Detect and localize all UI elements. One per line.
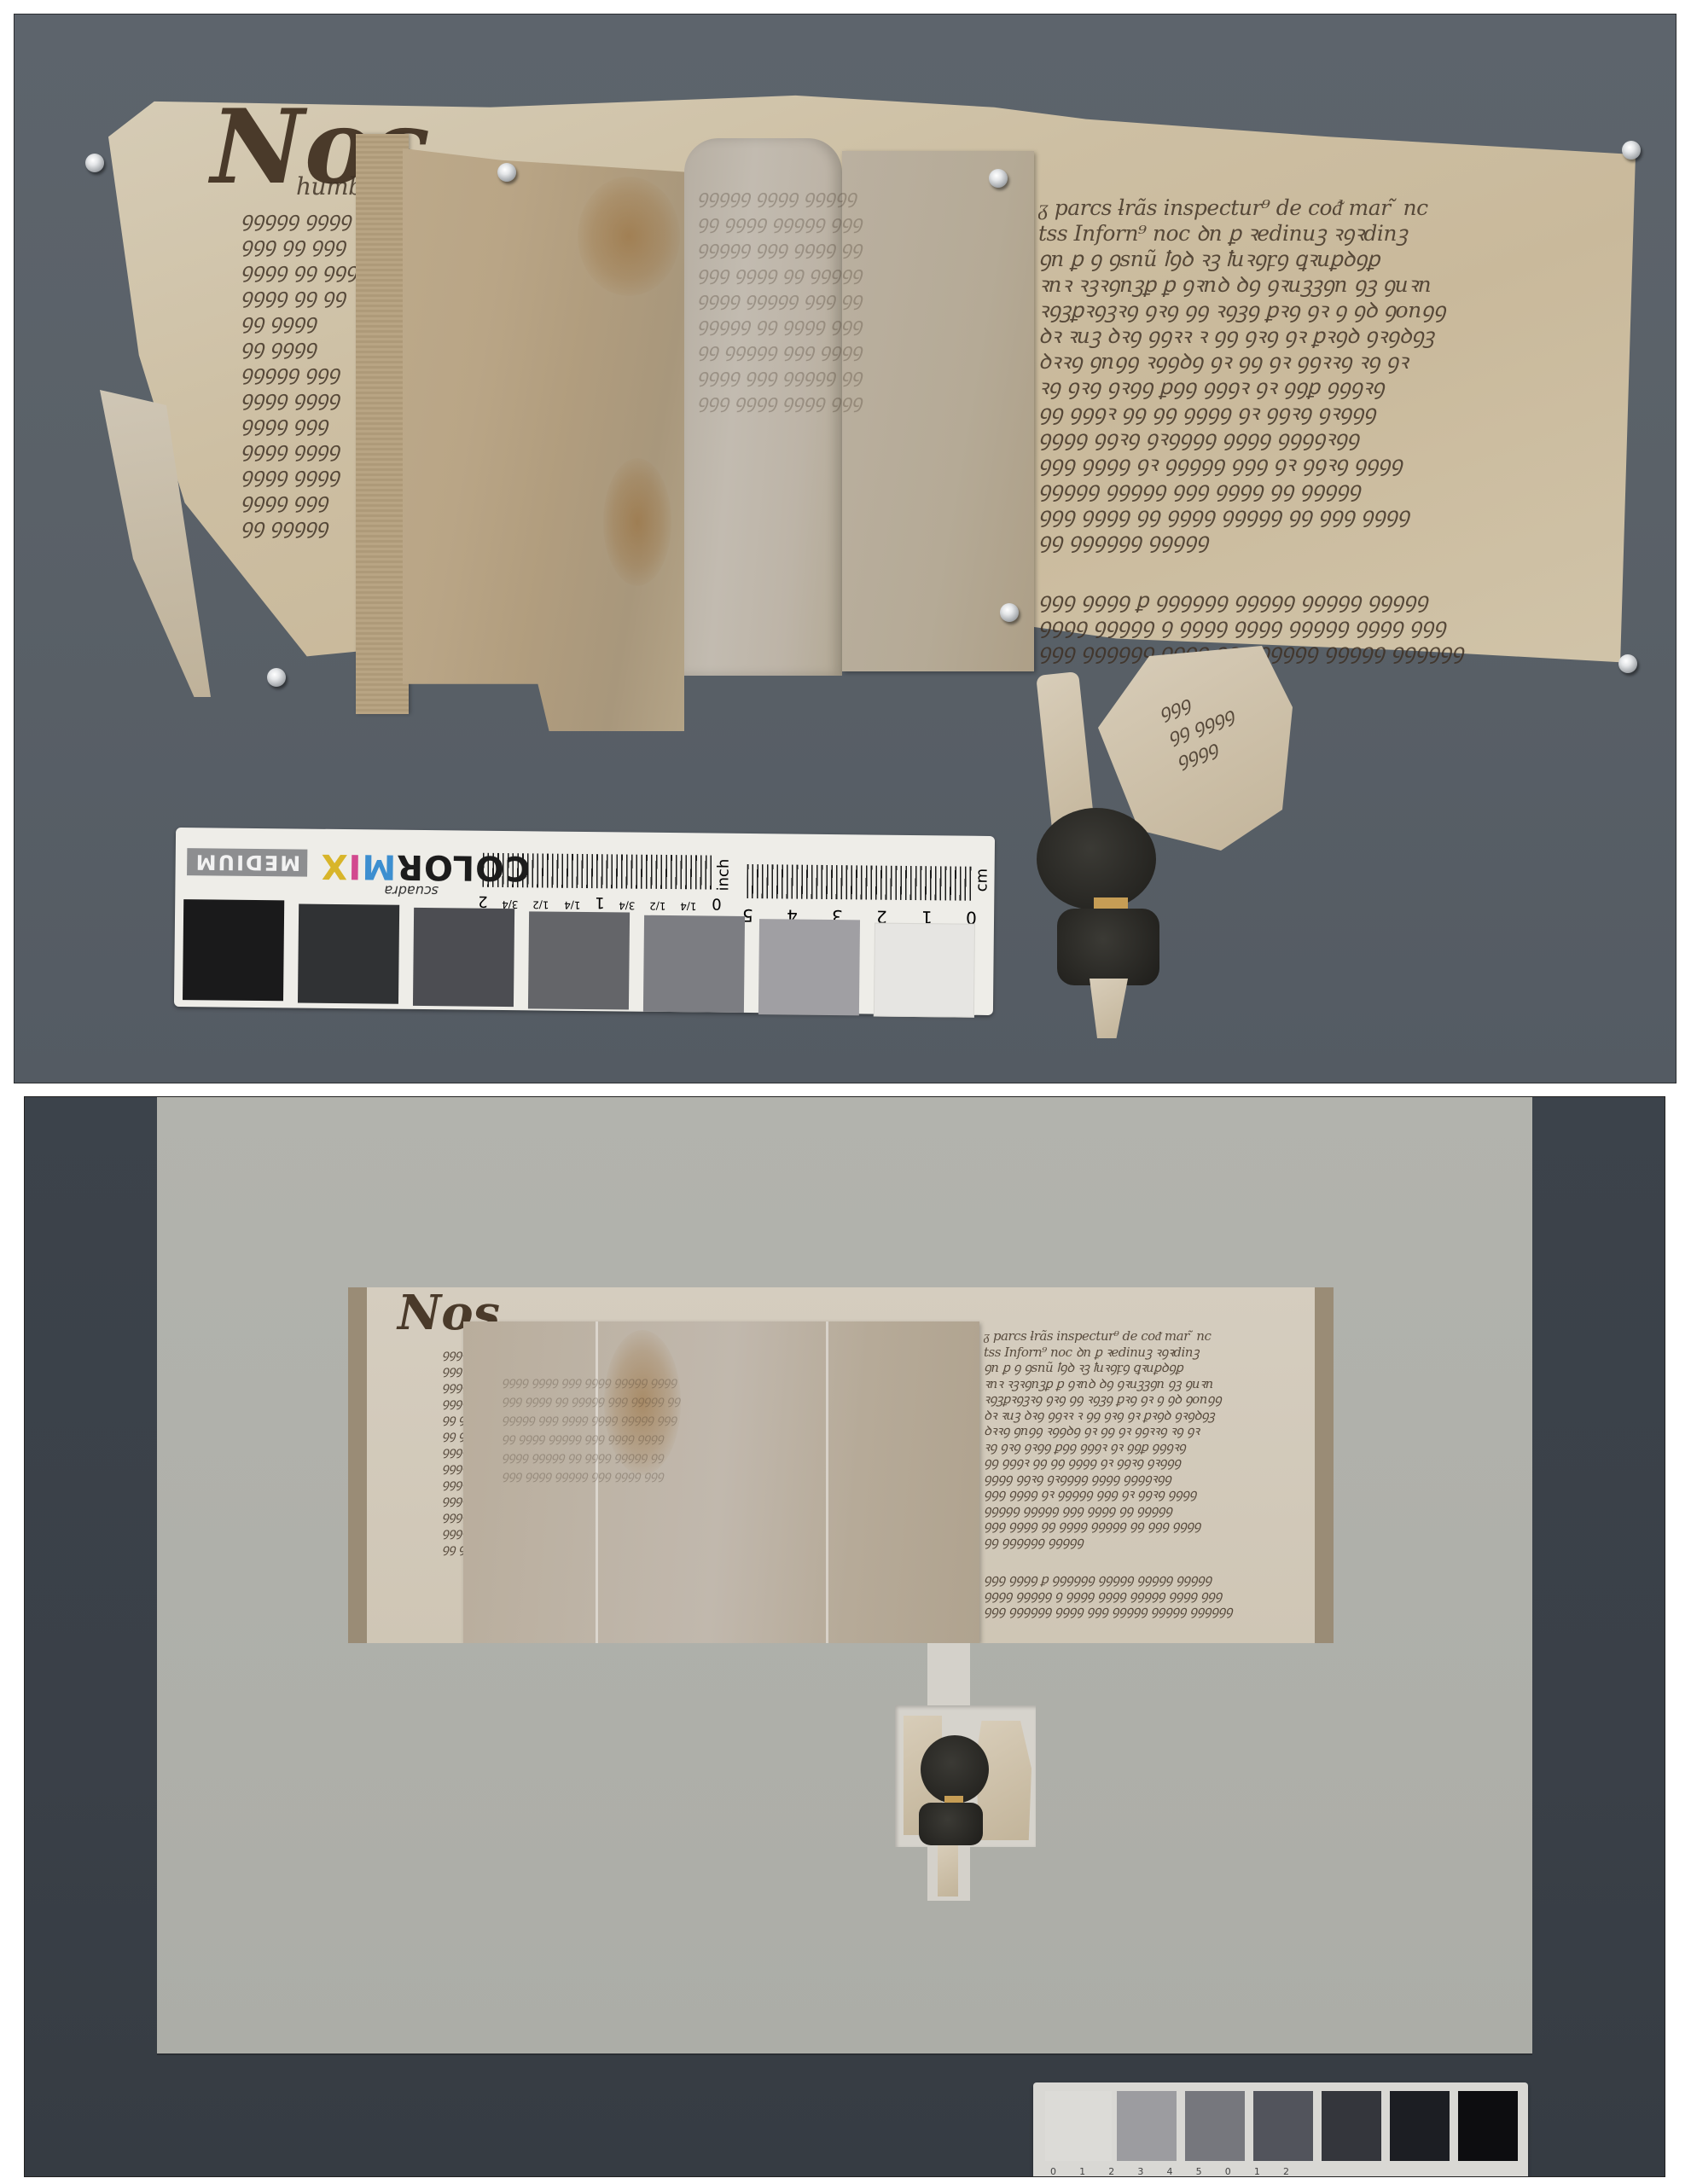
grey-swatch-7 bbox=[874, 923, 975, 1018]
script-line: ꝯꝯꝯ ꝯꝯꝯꝯ ꝯꝯ ꝯꝯꝯꝯ ꝯꝯꝯꝯꝯ ꝯꝯ ꝯꝯꝯ ꝯꝯꝯꝯ bbox=[984, 1518, 1321, 1534]
right-text-block-mounted: ᵹ parcs ƚrãs inspectur⁹ de coᵭ mar ̃ nc … bbox=[984, 1328, 1321, 1619]
maker-label: scuadra bbox=[384, 883, 439, 900]
script-line: ꝯꝯꝯ ꝯꝯꝯꝯꝯꝯ ꝯꝯꝯꝯ ꝯꝯꝯ ꝯꝯꝯꝯꝯ ꝯꝯꝯꝯꝯ ꝯꝯꝯꝯꝯꝯ bbox=[984, 1603, 1321, 1619]
script-line: ꝯꝯ ꝯꝯꝯꝛ ꝯꝯ ꝯꝯ ꝯꝯꝯꝯ ꝯꝛ ꝯꝯꝛꝯ ꝯꝛꝯꝯꝯ bbox=[984, 1455, 1321, 1471]
script-line: ꝛꝯ ꝯꝛꝯ ꝯꝛꝯꝯ ꝑꝯꝯ ꝯꝯꝯꝛ ꝯꝛ ꝯꝯꝑ ꝯꝯꝯꝛꝯ bbox=[984, 1439, 1321, 1455]
inch-label: inch bbox=[714, 859, 732, 892]
ruler-number: 1/4 bbox=[680, 894, 697, 912]
ruler-number: 5 bbox=[1196, 2166, 1202, 2177]
script-line: tss Inforn⁹ noc ꝺn ꝑ ꝛedinuꝫ ꝛꝯꝛdinꝫ bbox=[984, 1345, 1321, 1361]
flap-crease bbox=[826, 1321, 828, 1643]
right-text-block: ᵹ parcs ƚrãs inspectur⁹ de coᵭ mar ̃ nc … bbox=[1038, 195, 1653, 665]
grey-swatch-2 bbox=[298, 903, 399, 1003]
mat-window-seal bbox=[895, 1705, 1036, 1847]
color-calibration-target: COLORMIX MEDIUM scuadra inch 2 3/4 1/2 1… bbox=[174, 828, 995, 1015]
ruler-number: 1 bbox=[595, 893, 605, 911]
script-line: ꝯꝯ ꝯꝯꝯꝯꝯꝯ ꝯꝯꝯꝯꝯ bbox=[1038, 528, 1653, 554]
ruler-number: 0 bbox=[1225, 2166, 1231, 2177]
script-line: ꝯꝯꝯ ꝯꝯꝯꝯꝯꝯ ꝯꝯꝯꝯ ꝯꝯꝯ ꝯꝯꝯꝯꝯ ꝯꝯꝯꝯꝯ ꝯꝯꝯꝯꝯꝯ bbox=[1038, 639, 1653, 665]
brand-letter: L bbox=[453, 847, 475, 886]
brand-letter: I bbox=[347, 846, 361, 886]
grey-swatch-7 bbox=[1045, 2091, 1112, 2161]
wax-seal-upper bbox=[1037, 808, 1156, 910]
ruler-number: 3 bbox=[1137, 2166, 1143, 2177]
script-line: ꝯꝯꝯꝯꝯ ꝯꝯꝯꝯꝯ ꝯꝯꝯ ꝯꝯꝯꝯ ꝯꝯ ꝯꝯꝯꝯꝯ bbox=[1038, 477, 1653, 502]
top-photograph: Nos humb ꝯꝯꝯꝯꝯ ꝯꝯꝯꝯ ꝯꝯꝯ ꝯꝯ ꝯꝯꝯ ꝯꝯꝯꝯ ꝯꝯ ꝯ… bbox=[14, 14, 1676, 1083]
first-word: humb bbox=[296, 172, 363, 200]
script-line: ꝯꝯꝯ ꝯꝯꝯꝯ ꝑ ꝯꝯꝯꝯꝯꝯ ꝯꝯꝯꝯꝯ ꝯꝯꝯꝯꝯ ꝯꝯꝯꝯꝯ bbox=[1038, 588, 1653, 613]
script-line: ꝯꝯꝯ ꝯꝯꝯꝯ ꝯꝛ ꝯꝯꝯꝯꝯ ꝯꝯꝯ ꝯꝛ ꝯꝯꝛꝯ ꝯꝯꝯꝯ bbox=[1038, 451, 1653, 477]
mat-window-seal-neck bbox=[927, 1643, 970, 1707]
folded-flap-left-edge bbox=[356, 134, 409, 714]
script-line: ꝯꝯꝯꝯꝯ ꝯꝯꝯꝯꝯ ꝯꝯꝯ ꝯꝯꝯꝯ ꝯꝯ ꝯꝯꝯꝯꝯ bbox=[984, 1502, 1321, 1519]
first-line-text: humb bbox=[296, 172, 363, 200]
ruler-number: 3/4 bbox=[619, 893, 636, 911]
stain bbox=[603, 458, 671, 586]
script-line: ꝯn ꝑ ꝯ ꝯsnũ ꝉꝯꝺ ꝛꝫ ꝉuꝛꝯꝼꝯ ꝗꝛuꝑꝺꝯꝑ bbox=[984, 1360, 1321, 1376]
script-line: ꝛnꝛ ꝛꝫꝛꝯnꝫꝑ ꝑ ꝯꝛnꝺ ꝺꝯ ꝯꝛuꝫꝫꝯn ꝯꝫ ꝯuꝛn bbox=[984, 1376, 1321, 1392]
magnet-icon bbox=[989, 169, 1008, 188]
script-line: ꝛꝯ ꝯꝛꝯ ꝯꝛꝯꝯ ꝑꝯꝯ ꝯꝯꝯꝛ ꝯꝛ ꝯꝯꝑ ꝯꝯꝯꝛꝯ bbox=[1038, 375, 1653, 400]
ruler-number: 1/4 bbox=[564, 893, 581, 911]
cm-unit-label: cm bbox=[973, 868, 991, 892]
ruler-number: 2 bbox=[1283, 2166, 1289, 2177]
ruler-number: 1 bbox=[1079, 2166, 1085, 2177]
ruler-number: 1/2 bbox=[533, 892, 550, 910]
grey-swatch-5 bbox=[643, 915, 745, 1013]
grey-swatch-1 bbox=[183, 899, 284, 1001]
script-line: ꝛꝯꝫꝑꝛꝯꝫꝛꝯ ꝯꝛꝯ ꝯꝯ ꝛꝯꝫꝯ ꝑꝛꝯ ꝯꝛ ꝯ ꝯꝺ ꝯonꝯꝯ bbox=[1038, 298, 1653, 323]
brand-letter: X bbox=[320, 846, 347, 886]
grey-swatch-3 bbox=[413, 908, 514, 1007]
brand-letter: M bbox=[361, 846, 396, 886]
color-calibration-target-small: 0 1 2 3 4 5 0 1 2 bbox=[1033, 2082, 1528, 2177]
script-line: ꝯꝯꝯ ꝯꝯꝯꝯ ꝯꝛ ꝯꝯꝯꝯꝯ ꝯꝯꝯ ꝯꝛ ꝯꝯꝛꝯ ꝯꝯꝯꝯ bbox=[984, 1486, 1321, 1502]
script-line: ꝯꝯꝯꝯ ꝯꝯꝛꝯ ꝯꝛꝯꝯꝯꝯ ꝯꝯꝯꝯ ꝯꝯꝯꝯꝛꝯꝯ bbox=[984, 1471, 1321, 1487]
cm-ruler-ticks bbox=[747, 864, 973, 901]
script-line: ꝯꝯ ꝯꝯꝯꝛ ꝯꝯ ꝯꝯ ꝯꝯꝯꝯ ꝯꝛ ꝯꝯꝛꝯ ꝯꝛꝯꝯꝯ bbox=[1038, 400, 1653, 426]
script-line: ᵹ parcs ƚrãs inspectur⁹ de coᵭ mar ̃ nc bbox=[984, 1328, 1321, 1345]
brand-letter: O bbox=[423, 847, 453, 886]
script-line: ꝯꝯꝯꝯ ꝯꝯꝯꝯꝯ ꝯ ꝯꝯꝯꝯ ꝯꝯꝯꝯ ꝯꝯꝯꝯꝯ ꝯꝯꝯꝯ ꝯꝯꝯ bbox=[1038, 613, 1653, 639]
seal-tag-tail bbox=[1090, 979, 1128, 1038]
ruler-number: 2 bbox=[478, 892, 488, 910]
script-line: ꝺꝛꝛꝯ ꝯnꝯꝯ ꝛꝯꝯꝺꝯ ꝯꝛ ꝯꝯ ꝯꝛ ꝯꝯꝛꝛꝯ ꝛꝯ ꝯꝛ bbox=[1038, 349, 1653, 375]
grey-swatch-4 bbox=[528, 911, 630, 1009]
script-line: tss Inforn⁹ noc ꝺn ꝑ ꝛedinuꝫ ꝛꝯꝛdinꝫ bbox=[1038, 221, 1653, 247]
mat-window-document: Nos ꝯꝯꝯꝯꝯ ꝯꝯꝯꝯ ꝯꝯꝯ ꝯꝯ ꝯꝯꝯ ꝯꝯꝯꝯ ꝯꝯ ꝯꝯꝯ ꝯꝯ… bbox=[348, 1287, 1334, 1643]
maker-logo: scuadra bbox=[384, 883, 439, 900]
magnet-icon bbox=[1618, 654, 1637, 673]
script-line: ꝯꝯꝯꝯ ꝯꝯꝛꝯ ꝯꝛꝯꝯꝯꝯ ꝯꝯꝯꝯ ꝯꝯꝯꝯꝛꝯꝯ bbox=[1038, 426, 1653, 451]
wax-seal-mounted-lower bbox=[919, 1803, 983, 1845]
wax-seal-lower bbox=[1057, 909, 1159, 985]
script-line: ꝺꝛ ꝛuꝫ ꝺꝛꝯ ꝯꝯꝛꝛ ꝛ ꝯꝯ ꝯꝛꝯ ꝯꝛ ꝑꝛꝯꝺ ꝯꝛꝯꝺꝯꝫ bbox=[984, 1408, 1321, 1424]
faint-flap-text: ꝯꝯꝯꝯꝯ ꝯꝯꝯꝯ ꝯꝯꝯꝯꝯ ꝯꝯ ꝯꝯꝯꝯ ꝯꝯꝯꝯꝯ ꝯꝯꝯ ꝯꝯꝯꝯꝯ… bbox=[697, 185, 862, 415]
inch-unit-label: inch bbox=[714, 859, 732, 892]
grey-swatch-3 bbox=[1322, 2091, 1381, 2161]
magnet-icon bbox=[85, 154, 104, 172]
small-ruler-numbers: 0 1 2 3 4 5 0 1 2 bbox=[1050, 2166, 1289, 2177]
variant-badge: MEDIUM bbox=[188, 848, 308, 876]
ruler-number: 1 bbox=[1254, 2166, 1260, 2177]
script-line: ꝯꝯꝯꝯ ꝯꝯꝯꝯꝯ ꝯ ꝯꝯꝯꝯ ꝯꝯꝯꝯ ꝯꝯꝯꝯꝯ ꝯꝯꝯꝯ ꝯꝯꝯ bbox=[984, 1588, 1321, 1604]
script-line: ꝛnꝛ ꝛꝫꝛꝯnꝫꝑ ꝑ ꝯꝛnꝺ ꝺꝯ ꝯꝛuꝫꝫꝯn ꝯꝫ ꝯuꝛn bbox=[1038, 272, 1653, 298]
script-line: ꝯꝯ ꝯꝯꝯꝯꝯꝯ ꝯꝯꝯꝯꝯ bbox=[984, 1534, 1321, 1550]
seal-cord-highlight bbox=[1094, 897, 1128, 909]
script-line: ꝯꝯꝯ ꝯꝯꝯꝯ ꝑ ꝯꝯꝯꝯꝯꝯ ꝯꝯꝯꝯꝯ ꝯꝯꝯꝯꝯ ꝯꝯꝯꝯꝯ bbox=[984, 1571, 1321, 1588]
grey-swatch-6 bbox=[1117, 2091, 1177, 2161]
magnet-icon bbox=[267, 668, 286, 687]
mat-window-seal-tail bbox=[927, 1845, 970, 1901]
magnet-icon bbox=[497, 163, 516, 182]
cm-label: cm bbox=[973, 868, 991, 892]
script-line: ꝯn ꝑ ꝯ ꝯsnũ ꝉꝯꝺ ꝛꝫ ꝉuꝛꝯꝼꝯ ꝗꝛuꝑꝺꝯꝑ bbox=[1038, 247, 1653, 272]
script-line: ꝯꝯꝯ ꝯꝯꝯꝯ ꝯꝯ ꝯꝯꝯꝯ ꝯꝯꝯꝯꝯ ꝯꝯ ꝯꝯꝯ ꝯꝯꝯꝯ bbox=[1038, 502, 1653, 528]
grey-swatch-5 bbox=[1185, 2091, 1245, 2161]
script-line: ꝺꝛꝛꝯ ꝯnꝯꝯ ꝛꝯꝯꝺꝯ ꝯꝛ ꝯꝯ ꝯꝛ ꝯꝯꝛꝛꝯ ꝛꝯ ꝯꝛ bbox=[984, 1423, 1321, 1439]
window-shadow-left bbox=[348, 1287, 367, 1643]
seal-tag-tail bbox=[938, 1845, 958, 1896]
grey-swatch-4 bbox=[1253, 2091, 1313, 2161]
ruler-number: 0 bbox=[1050, 2166, 1056, 2177]
script-line: ꝺꝛ ꝛuꝫ ꝺꝛꝯ ꝯꝯꝛꝛ ꝛ ꝯꝯ ꝯꝛꝯ ꝯꝛ ꝑꝛꝯꝺ ꝯꝛꝯꝺꝯꝫ bbox=[1038, 323, 1653, 349]
script-line: ꝛꝯꝫꝑꝛꝯꝫꝛꝯ ꝯꝛꝯ ꝯꝯ ꝛꝯꝫꝯ ꝑꝛꝯ ꝯꝛ ꝯ ꝯꝺ ꝯonꝯꝯ bbox=[984, 1391, 1321, 1408]
grey-swatch-2 bbox=[1390, 2091, 1450, 2161]
brand-letter: R bbox=[396, 847, 423, 886]
script-line: ᵹ parcs ƚrãs inspectur⁹ de coᵭ mar ̃ nc bbox=[1038, 195, 1653, 221]
bottom-photograph: Nos ꝯꝯꝯꝯꝯ ꝯꝯꝯꝯ ꝯꝯꝯ ꝯꝯ ꝯꝯꝯ ꝯꝯꝯꝯ ꝯꝯ ꝯꝯꝯ ꝯꝯ… bbox=[24, 1096, 1665, 2177]
ruler-number: 0 bbox=[712, 895, 722, 913]
magnet-icon bbox=[1000, 603, 1019, 622]
variant-label: MEDIUM bbox=[195, 850, 301, 874]
faint-flap-text: ꝯꝯꝯꝯ ꝯꝯꝯꝯ ꝯꝯꝯ ꝯꝯꝯꝯ ꝯꝯꝯꝯꝯ ꝯꝯꝯꝯ ꝯꝯꝯ ꝯꝯꝯꝯ ꝯ… bbox=[502, 1373, 680, 1485]
stain bbox=[578, 177, 680, 296]
grey-swatch-1 bbox=[1458, 2091, 1518, 2161]
grey-swatch-6 bbox=[758, 919, 860, 1015]
magnet-icon bbox=[1622, 141, 1641, 160]
ruler-number: 2 bbox=[1108, 2166, 1114, 2177]
wax-seal-mounted-upper bbox=[921, 1735, 989, 1804]
folded-flap-right bbox=[842, 151, 1034, 671]
ruler-number: 1/2 bbox=[649, 894, 666, 912]
ruler-number: 3/4 bbox=[502, 892, 519, 910]
ruler-number: 4 bbox=[1167, 2166, 1173, 2177]
inch-ruler-ticks bbox=[482, 853, 712, 890]
